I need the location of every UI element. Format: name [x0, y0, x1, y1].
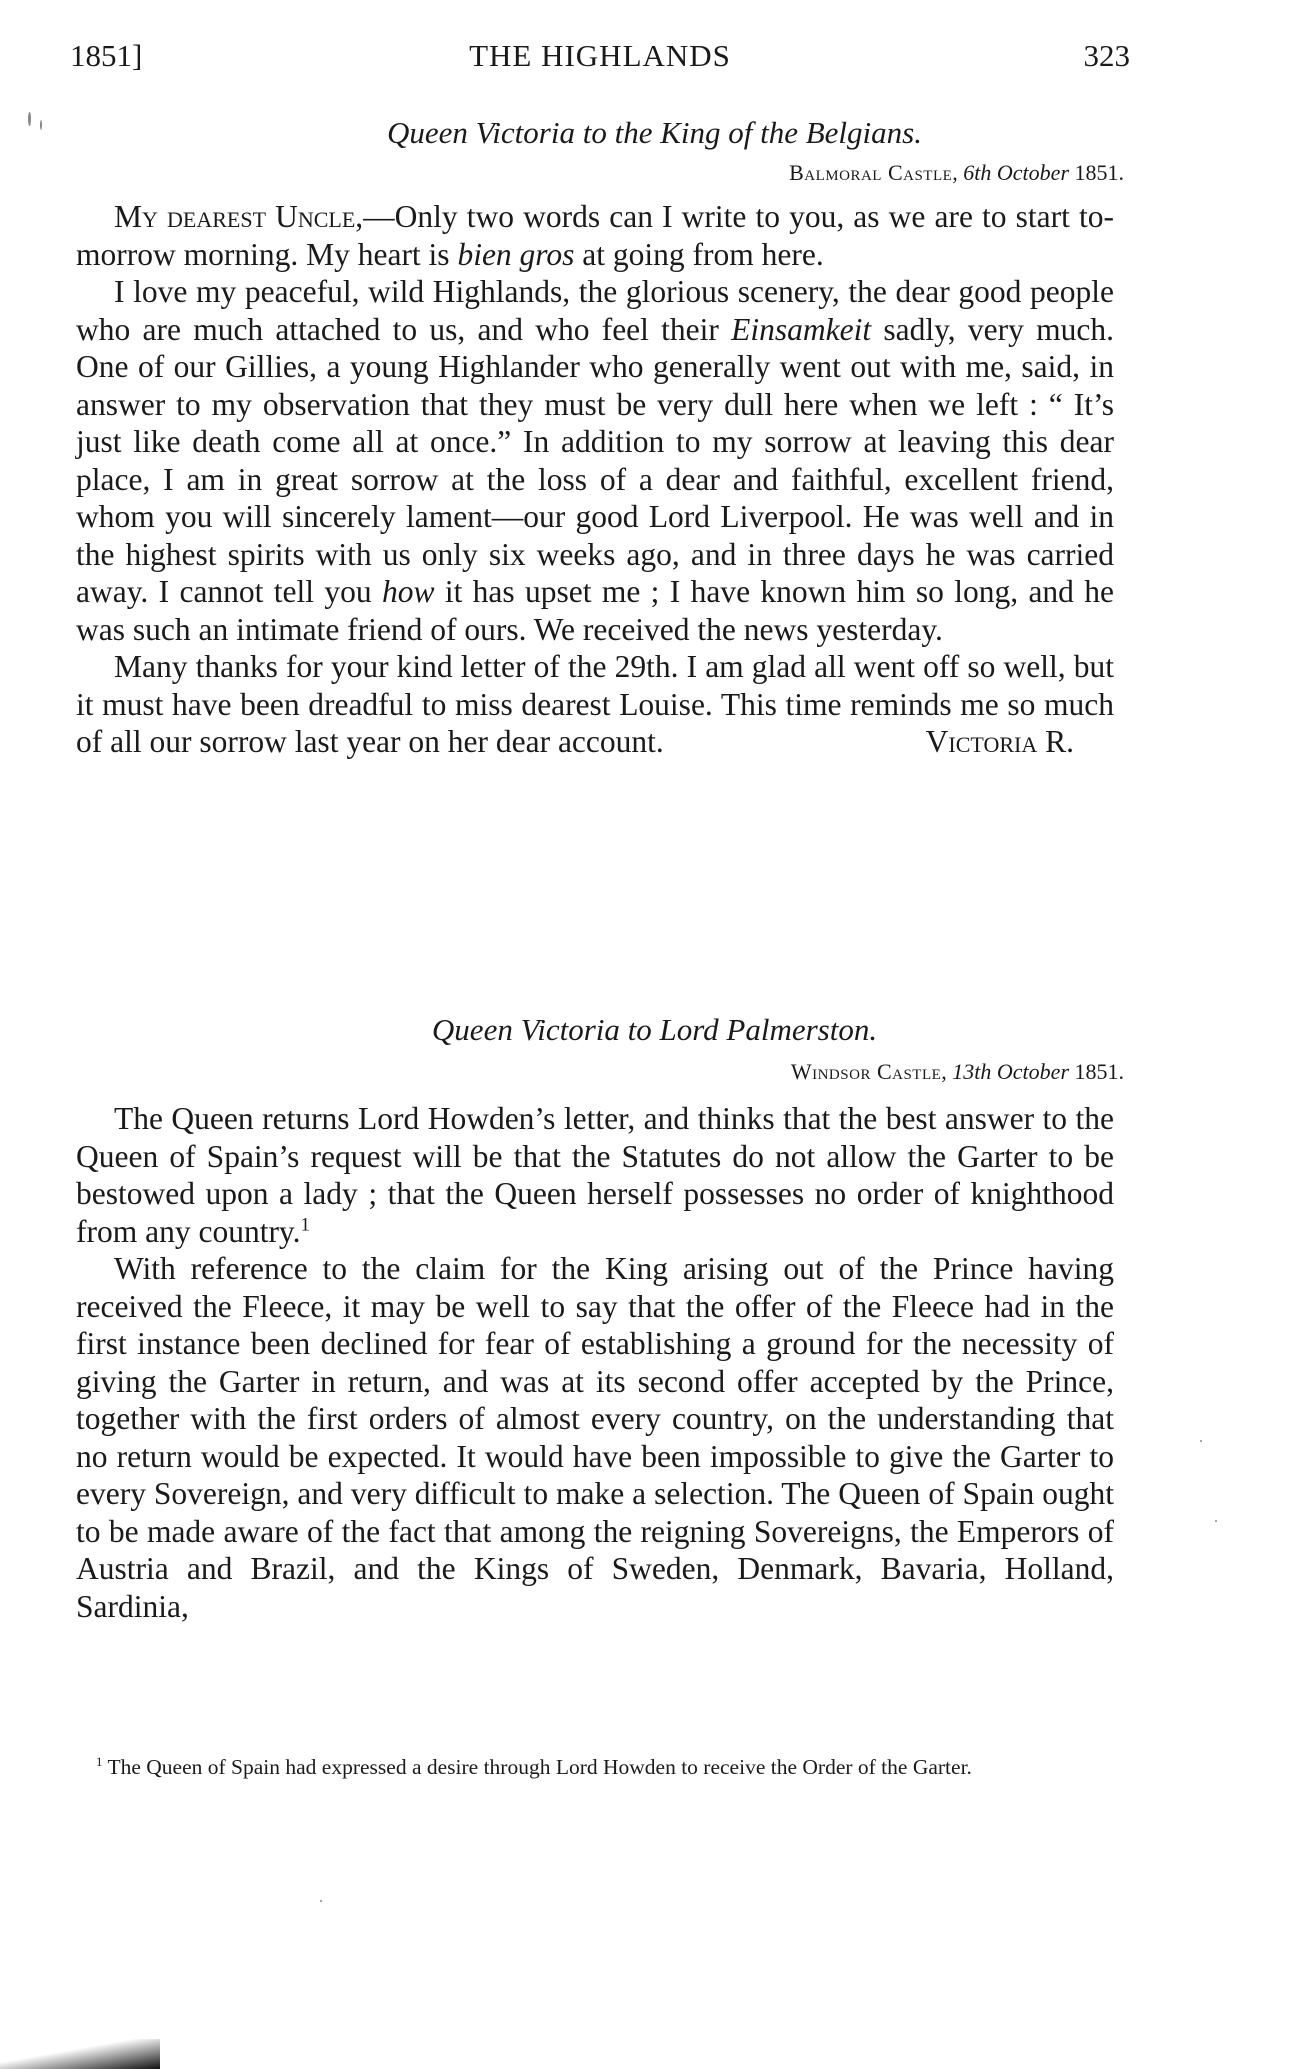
italic-run: how: [382, 574, 435, 609]
scan-artifact: [28, 112, 31, 126]
text-run: at going from here.: [574, 237, 823, 272]
scan-artifact: [320, 1900, 322, 1902]
paragraph: Many thanks for your kind letter of the …: [76, 648, 1114, 761]
letter-2-body: The Queen returns Lord Howden’s letter, …: [76, 1100, 1114, 1625]
dateline-date: 13th October: [952, 1059, 1069, 1084]
paragraph: The Queen returns Lord Howden’s letter, …: [76, 1100, 1114, 1250]
italic-run: bien gros: [457, 237, 574, 272]
letter-1-heading: Queen Victoria to the King of the Belgia…: [0, 115, 1309, 151]
text-run: The Queen returns Lord Howden’s letter, …: [76, 1101, 1114, 1249]
italic-run: Einsamkeit: [731, 312, 871, 347]
footnote-marker: 1: [96, 1755, 102, 1769]
paragraph: My dearest Uncle,—Only two words can I w…: [76, 198, 1114, 273]
footnote: 1 The Queen of Spain had expressed a des…: [76, 1755, 1116, 1780]
dateline-place: Windsor Castle: [791, 1059, 941, 1084]
dateline-date: 6th October: [963, 160, 1069, 185]
running-head: 1851] THE HIGHLANDS 323: [70, 38, 1130, 78]
paragraph: With reference to the claim for the King…: [76, 1250, 1114, 1625]
scan-artifact: [1200, 1440, 1202, 1442]
dateline-place: Balmoral Castle: [789, 160, 952, 185]
scan-artifact: [1215, 1520, 1217, 1522]
dateline-year: 1851.: [1075, 160, 1125, 185]
page-edge-shadow: [0, 2039, 160, 2069]
book-page: 1851] THE HIGHLANDS 323 Queen Victoria t…: [0, 0, 1309, 2069]
letter-1-body: My dearest Uncle,—Only two words can I w…: [76, 198, 1114, 761]
letter-2-heading: Queen Victoria to Lord Palmerston.: [0, 1012, 1309, 1048]
paragraph: I love my peaceful, wild Highlands, the …: [76, 273, 1114, 648]
running-head-title: THE HIGHLANDS: [70, 38, 1130, 74]
signature: Victoria R.: [888, 723, 1074, 761]
letter-2-dateline: Windsor Castle, 13th October 1851.: [791, 1059, 1124, 1085]
scan-artifact: [40, 120, 42, 130]
text-run: sadly, very much. One of our Gillies, a …: [76, 312, 1114, 610]
footnote-ref[interactable]: 1: [301, 1214, 310, 1235]
text-run: With reference to the claim for the King…: [76, 1251, 1114, 1624]
dateline-year: 1851.: [1075, 1059, 1125, 1084]
footnote-text: The Queen of Spain had expressed a desir…: [107, 1755, 971, 1779]
letter-1-dateline: Balmoral Castle, 6th October 1851.: [789, 160, 1124, 186]
page-number: 323: [1084, 38, 1131, 74]
salutation: My dearest Uncle,: [114, 199, 363, 234]
